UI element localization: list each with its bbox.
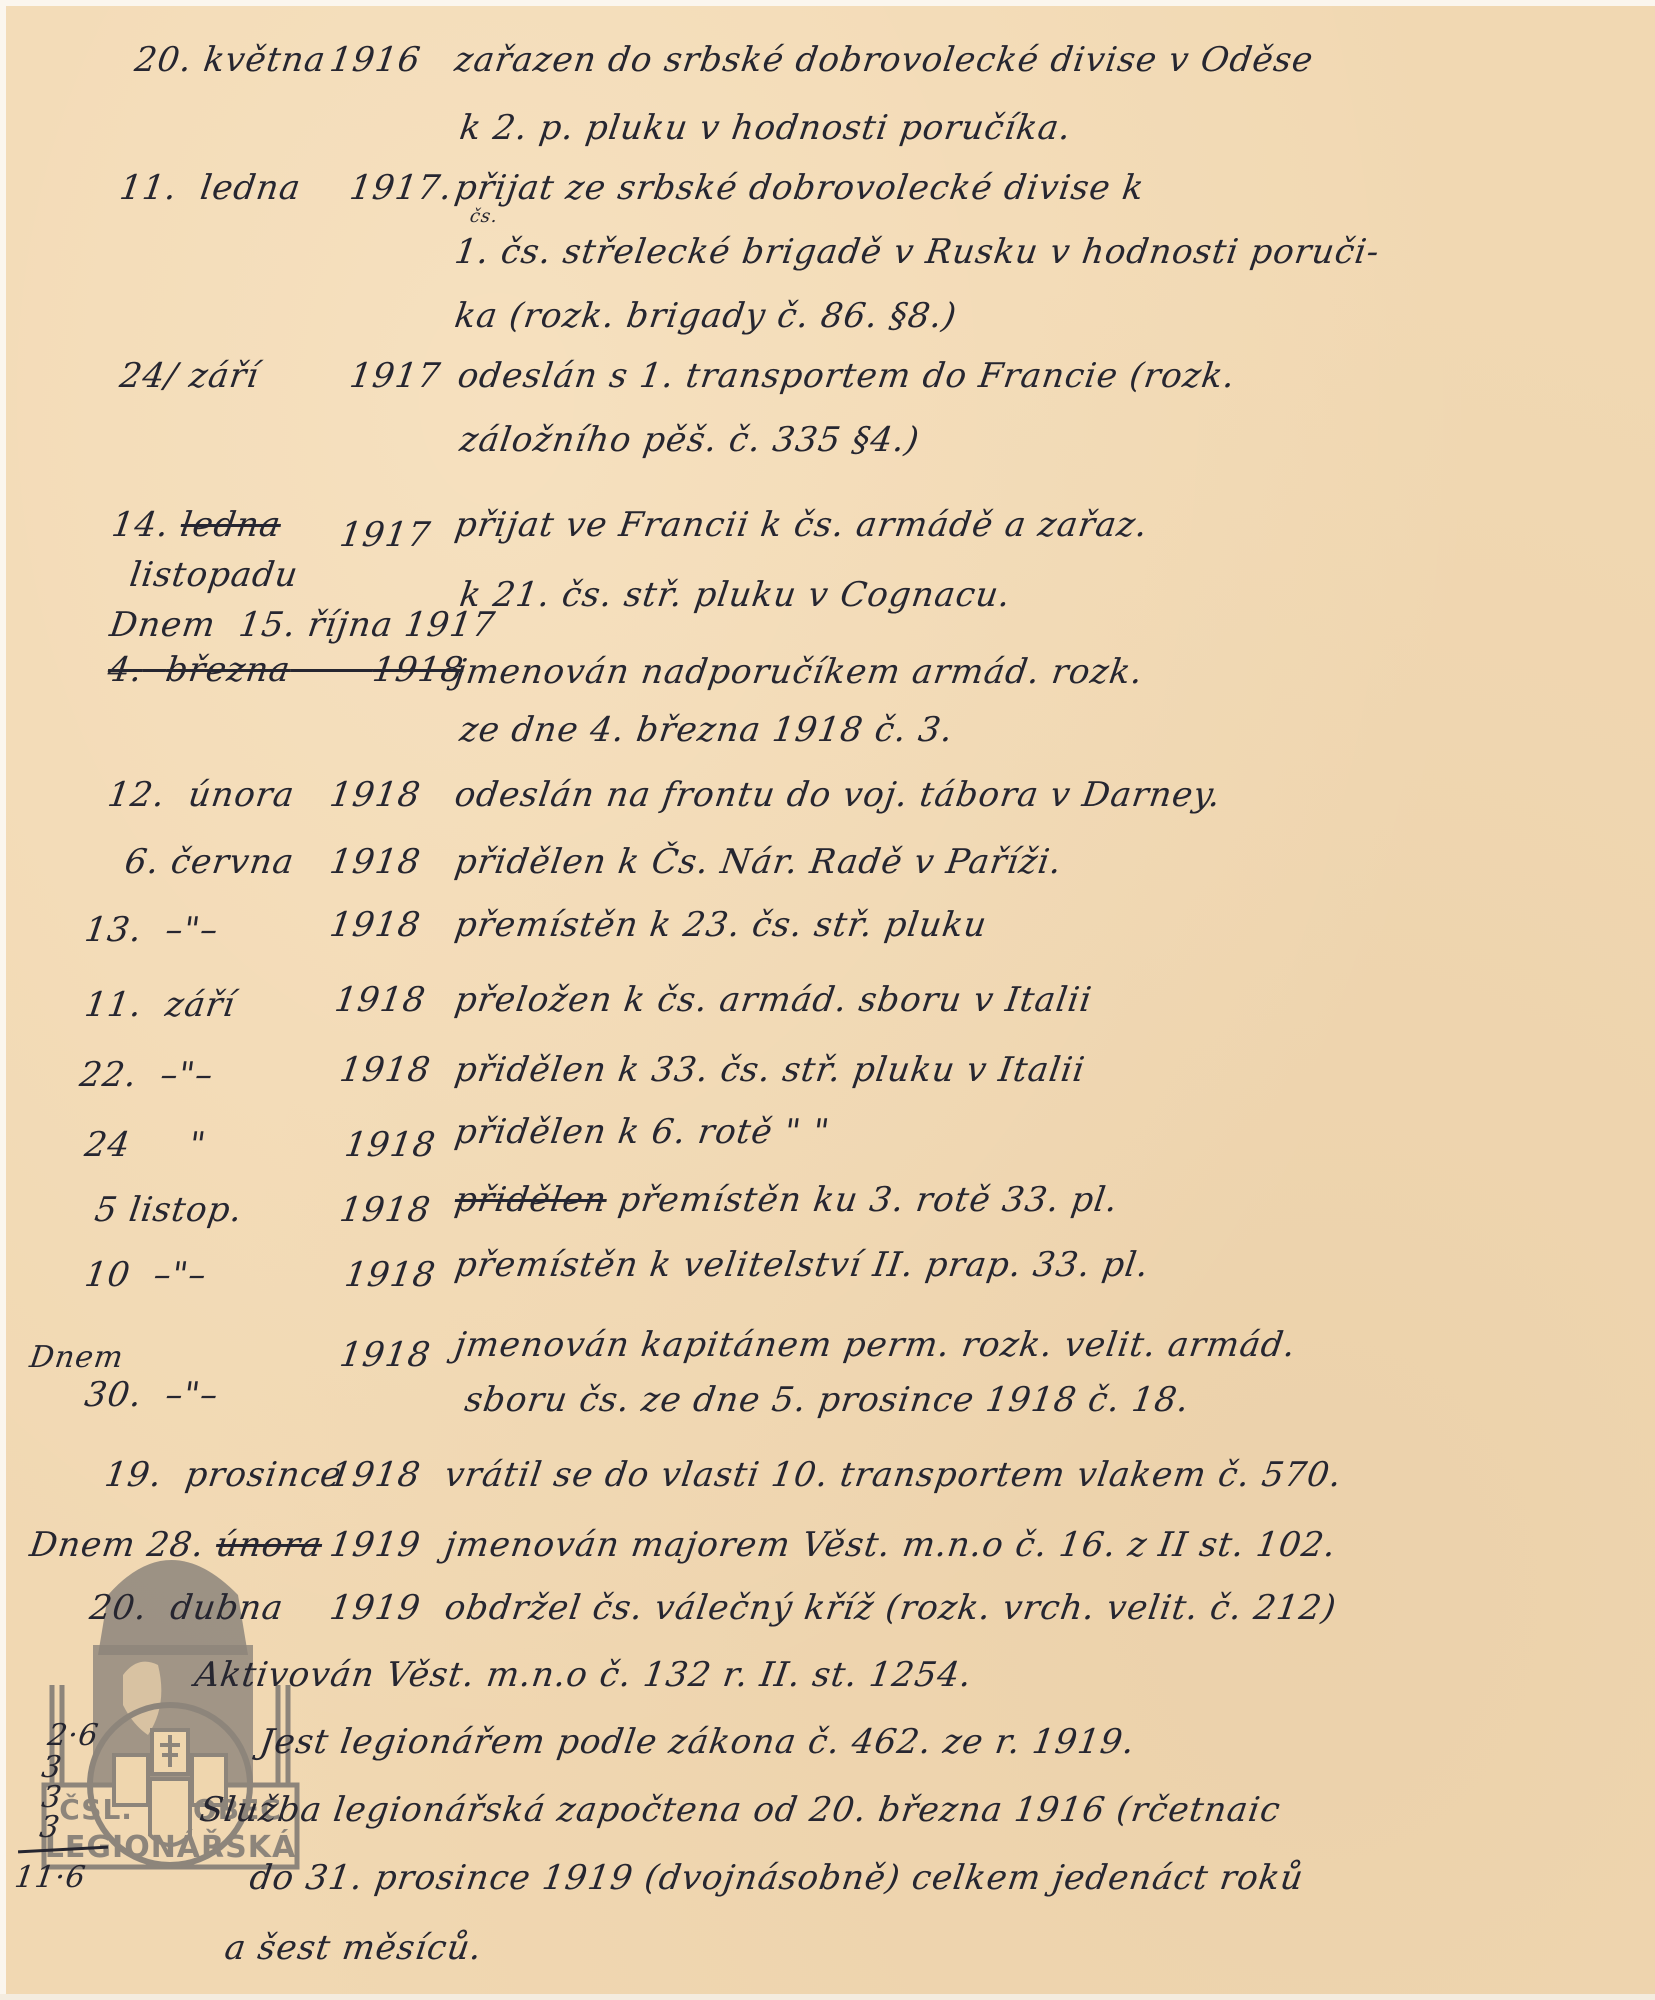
entry-text: Jest legionářem podle zákona č. 462. ze … [257,1722,1137,1762]
entry-year: 1918 [327,1455,423,1495]
entry-text: přidělen k 33. čs. stř. pluku v Italii [452,1050,1088,1090]
entry-text: jmenován kapitánem perm. rozk. velit. ar… [452,1325,1298,1365]
entry-year: 1918 [332,980,428,1020]
entry-text: k 2. p. pluku v hodnosti poručíka. [457,108,1074,148]
entry-text: přidělen k 6. rotě " " [452,1112,832,1152]
entry-text: ze dne 4. března 1918 č. 3. [457,710,956,750]
entry-date: 24 " [82,1125,209,1165]
entry-year: 1918 [342,1255,438,1295]
entry-date: Dnem 28. února [27,1525,325,1565]
entry-date: 11. září [82,985,238,1025]
entry-text: přijat ve Francii k čs. armádě a zařaz. [452,505,1150,545]
entry-text: přijat ze srbské dobrovolecké divise k [452,168,1147,208]
entry-text: odeslán na frontu do voj. tábora v Darne… [452,775,1224,815]
paper-left-edge [0,0,6,2000]
entry-date: 24/ září [117,356,261,396]
entry-date: 22. –"– [77,1055,216,1095]
entry-date: Dnem 15. října 1917 [107,605,498,645]
entry-text: 1. čs. střelecké brigadě v Rusku v hodno… [452,232,1382,272]
entry-date: 20. dubna [87,1588,286,1628]
entry-date: 5 listop. [92,1190,245,1230]
entry-year: 1918 [337,1190,433,1230]
entry-text: vrátil se do vlasti 10. transportem vlak… [442,1455,1344,1495]
entry-superscript: čs. [469,206,500,227]
entry-text: zařazen do srbské dobrovolecké divise v … [452,40,1316,80]
entry-text: a šest měsíců. [222,1928,485,1968]
entry-year: 1917 [347,356,443,396]
entry-text: přemístěn k 23. čs. stř. pluku [452,905,989,945]
entry-text: Služba legionářská započtena od 20. břez… [197,1790,1283,1830]
entry-year: 1918 [327,905,423,945]
entry-text: obdržel čs. válečný kříž (rozk. vrch. ve… [442,1588,1339,1628]
entry-date: 10 –"– [82,1255,209,1295]
entry-month: listopadu [127,555,301,595]
entry-date: 19. prosince [102,1455,344,1495]
entry-text: jmenován majorem Věst. m.n.o č. 16. z II… [442,1525,1339,1565]
entry-date: 14. ledna [109,505,283,545]
entry-prefix: Dnem [28,1340,126,1375]
paper-bottom-edge [0,1994,1655,2000]
margin-note: 2·6 [46,1718,102,1753]
entry-text: záložního pěš. č. 335 §4.) [457,420,922,460]
entry-year: 1919 [327,1525,423,1565]
entry-text: k 21. čs. stř. pluku v Cognacu. [457,575,1013,615]
entry-year: 1918 [327,842,423,882]
entry-year: 1918 [342,1125,438,1165]
entry-date: 30. –"– [82,1375,221,1415]
struck-date: 4. března 1918 [105,650,466,690]
entry-year: 1917 [337,515,433,555]
entry-date: 20. května [132,40,328,80]
entry-text: do 31. prosince 1919 (dvojnásobně) celke… [247,1858,1306,1898]
entry-year: 1918 [337,1335,433,1375]
entry-year: 1917. [347,168,455,208]
entry-year: 1918 [327,775,423,815]
entry-date: 12. února [105,775,297,815]
entry-date: 6. června [122,842,297,882]
entry-year: 1916 [327,40,423,80]
entry-text: Aktivován Věst. m.n.o č. 132 r. II. st. … [192,1655,975,1695]
entry-text: přeložen k čs. armád. sboru v Italii [452,980,1094,1020]
paper-top-edge [0,0,1655,6]
entry-text: přemístěn k velitelství II. prap. 33. pl… [452,1245,1151,1285]
entry-text: ka (rozk. brigady č. 86. §8.) [452,296,959,336]
entry-text: sboru čs. ze dne 5. prosince 1918 č. 18. [462,1380,1192,1420]
entry-year: 1919 [327,1588,423,1628]
entry-text: jmenován nadporučíkem armád. rozk. [452,652,1146,692]
entry-date: 13. –"– [82,910,221,950]
entry-date: 11. ledna [117,168,303,208]
entry-text: přidělen k Čs. Nár. Radě v Paříži. [452,842,1064,882]
entry-year: 1918 [337,1050,433,1090]
margin-total: 11·6 [13,1860,89,1895]
entry-text: odeslán s 1. transportem do Francie (roz… [455,356,1238,396]
entry-text: přidělen přemístěn ku 3. rotě 33. pl. [452,1180,1120,1220]
